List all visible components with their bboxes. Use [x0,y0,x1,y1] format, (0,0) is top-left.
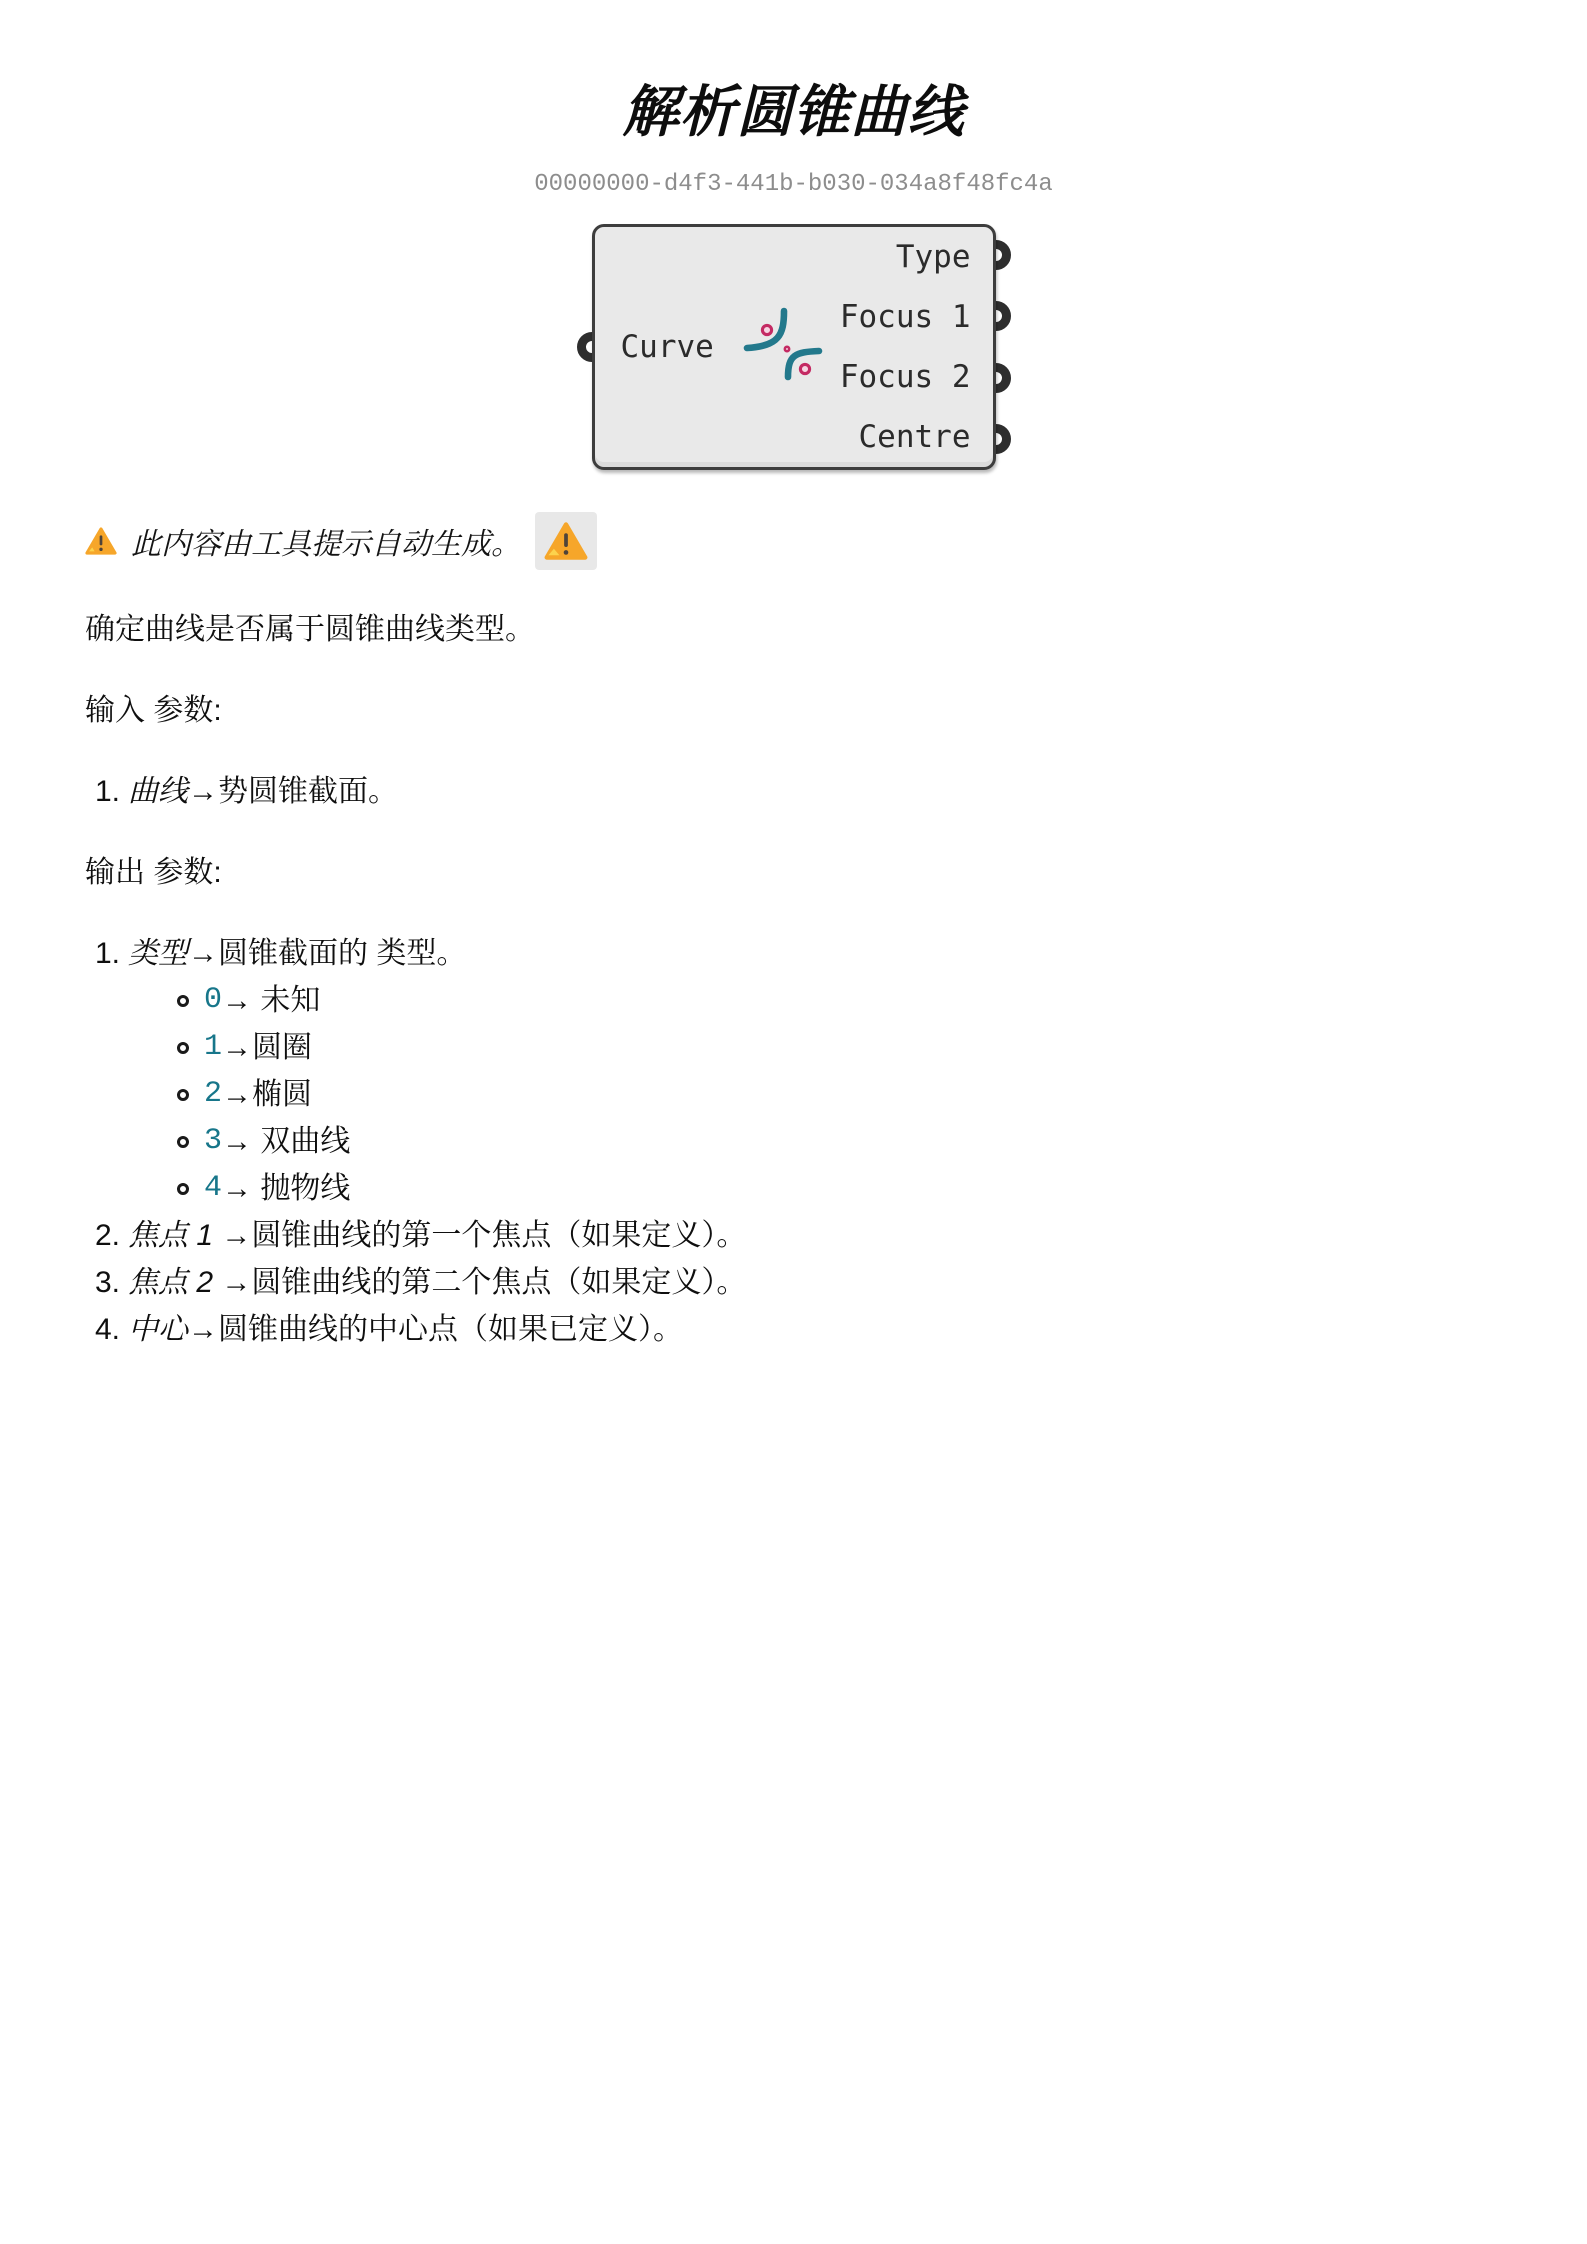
param-desc: →圆锥截面的 类型。 [188,937,466,970]
param-desc: →圆锥曲线的第一个焦点（如果定义）。 [213,1219,746,1252]
param-desc: →圆锥曲线的第二个焦点（如果定义）。 [213,1266,746,1299]
param-desc: →势圆锥截面。 [188,775,398,808]
inputs-list: 1. 曲线→势圆锥截面。 [0,768,1587,815]
value-label: →圆圈 [222,1024,312,1071]
circle-bullet-icon [177,1183,189,1195]
value-label: → 未知 [222,977,320,1024]
type-value-2: 2 →椭圆 [177,1071,1587,1118]
input-param-curve: 1. 曲线→势圆锥截面。 [95,768,1587,815]
param-name: 焦点 2 [128,1266,213,1299]
warning-image-placeholder [535,512,597,570]
param-name: 类型 [128,937,188,970]
component-body: Curve Type Focus 1 Focus 2 Centre [592,224,996,470]
value-code: 1 [204,1024,222,1071]
value-code: 4 [204,1165,222,1212]
value-label: → 双曲线 [222,1118,350,1165]
output-param-focus2: 3. 焦点 2 →圆锥曲线的第二个焦点（如果定义）。 [95,1259,1587,1306]
circle-bullet-icon [177,1089,189,1101]
warning-icon [85,526,117,556]
value-code: 0 [204,977,222,1024]
type-value-4: 4 → 抛物线 [177,1165,1587,1212]
output-param-centre: 4. 中心→圆锥曲线的中心点（如果已定义）。 [95,1306,1587,1353]
param-desc: →圆锥曲线的中心点（如果已定义）。 [188,1313,683,1346]
inputs-heading: 输入 参数: [85,687,1587,734]
component-description: 确定曲线是否属于圆锥曲线类型。 [85,606,1587,653]
warning-icon [544,521,588,561]
param-name: 曲线 [128,775,188,808]
param-name: 焦点 1 [128,1219,213,1252]
component-diagram: Curve Type Focus 1 Focus 2 Centre [592,224,996,470]
component-output-labels: Type Focus 1 Focus 2 Centre [595,227,993,467]
auto-generated-warning: 此内容由工具提示自动生成。 [85,512,1587,570]
list-index: 4. [95,1306,128,1353]
circle-bullet-icon [177,1136,189,1148]
circle-bullet-icon [177,1042,189,1054]
list-index: 1. [95,930,128,977]
output-label-type: Type [896,239,971,275]
warning-text: 此内容由工具提示自动生成。 [131,519,521,563]
output-label-focus2: Focus 2 [840,359,971,395]
page-title: 解析圆锥曲线 [0,78,1587,145]
outputs-list: 1. 类型→圆锥截面的 类型。 0 → 未知 1 →圆圈 2 →椭圆 [0,930,1587,1353]
list-index: 1. [95,768,128,815]
value-label: → 抛物线 [222,1165,350,1212]
value-label: →椭圆 [222,1071,312,1118]
output-param-focus1: 2. 焦点 1 →圆锥曲线的第一个焦点（如果定义）。 [95,1212,1587,1259]
list-index: 3. [95,1259,128,1306]
type-value-0: 0 → 未知 [177,977,1587,1024]
output-label-centre: Centre [859,419,971,455]
param-name: 中心 [128,1313,188,1346]
type-value-1: 1 →圆圈 [177,1024,1587,1071]
list-index: 2. [95,1212,128,1259]
outputs-heading: 输出 参数: [85,849,1587,896]
output-param-type: 1. 类型→圆锥截面的 类型。 0 → 未知 1 →圆圈 2 →椭圆 [95,930,1587,1212]
type-value-3: 3 → 双曲线 [177,1118,1587,1165]
value-code: 3 [204,1118,222,1165]
circle-bullet-icon [177,995,189,1007]
document-page: 解析圆锥曲线 00000000-d4f3-441b-b030-034a8f48f… [0,0,1587,2244]
type-values-list: 0 → 未知 1 →圆圈 2 →椭圆 3 → 双曲线 [95,977,1587,1212]
output-label-focus1: Focus 1 [840,299,971,335]
value-code: 2 [204,1071,222,1118]
component-guid: 00000000-d4f3-441b-b030-034a8f48fc4a [0,171,1587,198]
